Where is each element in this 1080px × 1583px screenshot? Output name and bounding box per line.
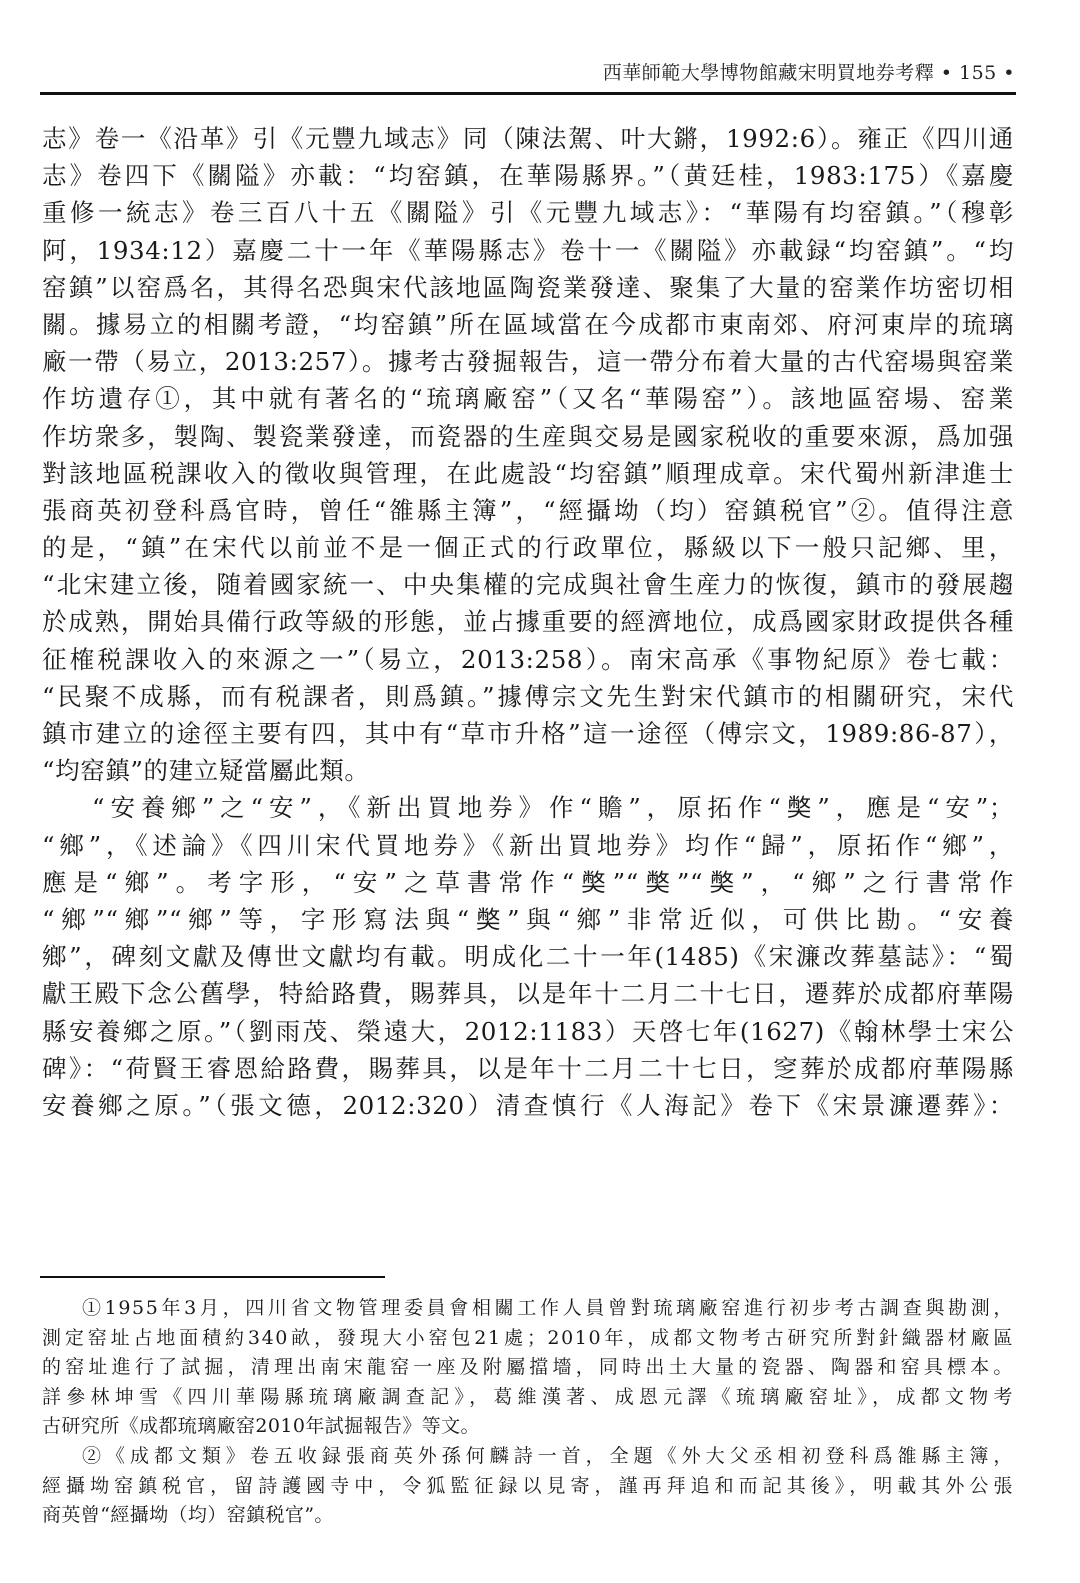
footnote-1-line: 古研究所《成都琉璃廠窑2010年試掘報告》等文。 [42,1412,1014,1442]
running-head: 西華師範大學博物館藏宋明買地券考釋 • 155 • [40,58,1015,85]
paragraph-2-first-line: “安養鄉”之“安”，《新出買地券》作“贍”，原拓作“𡚁”，應是“安”； [42,789,1014,826]
body-line: 的是，“鎮”在宋代以前並不是一個正式的行政單位，縣級以下一般只記鄉、里， [42,529,1014,566]
body-line: 張商英初登科爲官時，曾任“雒縣主簿”，“經攝坳（均）窑鎮税官”②。值得注意 [42,492,1014,529]
body-line: 於成熟，開始具備行政等級的形態，並占據重要的經濟地位，成爲國家財政提供各種 [42,603,1014,640]
body-line: 志》卷一《沿革》引《元豐九域志》同（陳法駕、叶大鏘，1992:6）。雍正《四川通 [42,120,1014,157]
body-line: 關。據易立的相關考證，“均窑鎮”所在區域當在今成都市東南郊、府河東岸的琉璃 [42,306,1014,343]
body-line: 作坊遺存①，其中就有著名的“琉璃廠窑”（又名“華陽窑”）。該地區窑場、窑業 [42,380,1014,417]
body-line: 阿，1934:12）嘉慶二十一年《華陽縣志》卷十一《關隘》亦載録“均窑鎮”。“均 [42,232,1014,269]
body-line: 碑》：“荷賢王睿恩給路費，賜葬具，以是年十二月二十七日，窆葬於成都府華陽縣 [42,1050,1014,1087]
body-line: 安養鄉之原。”（張文德，2012:320）清查慎行《人海記》卷下《宋景濂遷葬》： [42,1087,1014,1124]
body-line: “均窑鎮”的建立疑當屬此類。 [42,752,1014,789]
footnote-2-line: 經攝坳窑鎮税官，留詩護國寺中，令狐監征録以見寄，謹再拜追和而記其後》，明載其外公… [42,1472,1014,1502]
footnote-1-line: 的窑址進行了試掘，清理出南宋龍窑一座及附屬擋墻，同時出土大量的瓷器、陶器和窑具標… [42,1353,1014,1383]
body-line: 廠一帶（易立，2013:257）。據考古發掘報告，這一帶分布着大量的古代窑場與窑… [42,343,1014,380]
body-line: 征榷税課收入的來源之一”（易立，2013:258）。南宋高承《事物紀原》卷七載： [42,641,1014,678]
footnote-rule [40,1276,385,1278]
body-line: 志》卷四下《關隘》亦載：“均窑鎮，在華陽縣界。”（黄廷桂，1983:175）《嘉… [42,157,1014,194]
body-line: 對該地區税課收入的徵收與管理，在此處設“均窑鎮”順理成章。宋代蜀州新津進士 [42,455,1014,492]
body-line: 縣安養鄉之原。”（劉雨茂、榮遠大，2012:1183）天啓七年(1627)《翰林… [42,1013,1014,1050]
body-line: 鎮市建立的途徑主要有四，其中有“草市升格”這一途徑（傅宗文，1989:86-87… [42,715,1014,752]
body-line: 應是“鄉”。考字形，“安”之草書常作“𡚁”“𡚁”“𡚁”，“鄉”之行書常作 [42,864,1014,901]
body-line: 作坊衆多，製陶、製瓷業發達，而瓷器的生産與交易是國家税收的重要來源，爲加强 [42,418,1014,455]
main-body-text: 志》卷一《沿革》引《元豐九域志》同（陳法駕、叶大鏘，1992:6）。雍正《四川通… [42,120,1014,1124]
body-line: “鄉”，《述論》《四川宋代買地券》《新出買地券》均作“歸”，原拓作“鄉”， [42,827,1014,864]
footnote-2-line: ②《成都文類》卷五收録張商英外孫何麟詩一首，全題《外大父丞相初登科爲雒縣主簿， [42,1442,1014,1472]
footnotes: ①1955年3月，四川省文物管理委員會相關工作人員曾對琉璃廠窑進行初步考古調查與… [42,1294,1014,1531]
body-line: “鄉”“鄉”“鄉”等，字形寫法與“𡚁”與“鄉”非常近似，可供比勘。“安養 [42,901,1014,938]
body-line: “民聚不成縣，而有税課者，則爲鎮。”據傅宗文先生對宋代鎮市的相關研究，宋代 [42,678,1014,715]
footnote-1-line: 測定窑址占地面積約340畝，發現大小窑包21處；2010年，成都文物考古研究所對… [42,1324,1014,1354]
body-line: 獻王殿下念公舊學，特給路費，賜葬具，以是年十二月二十七日，遷葬於成都府華陽 [42,975,1014,1012]
footnote-1-line: ①1955年3月，四川省文物管理委員會相關工作人員曾對琉璃廠窑進行初步考古調查與… [42,1294,1014,1324]
body-line: 窑鎮”以窑爲名，其得名恐與宋代該地區陶瓷業發達、聚集了大量的窑業作坊密切相 [42,269,1014,306]
body-line: 重修一統志》卷三百八十五《關隘》引《元豐九域志》：“華陽有均窑鎮。”（穆彰 [42,194,1014,231]
header-rule [40,92,1016,95]
body-line: “北宋建立後，随着國家統一、中央集權的完成與社會生産力的恢復，鎮市的發展趨 [42,566,1014,603]
body-line: 鄉”，碑刻文獻及傳世文獻均有載。明成化二十一年(1485)《宋濂改葬墓誌》：“蜀 [42,938,1014,975]
footnote-2-line: 商英曾“經攝坳（均）窑鎮税官”。 [42,1501,1014,1531]
footnote-1-line: 詳參林坤雪《四川華陽縣琉璃廠調查記》，葛維漢著、成恩元譯《琉璃廠窑址》，成都文物… [42,1383,1014,1413]
